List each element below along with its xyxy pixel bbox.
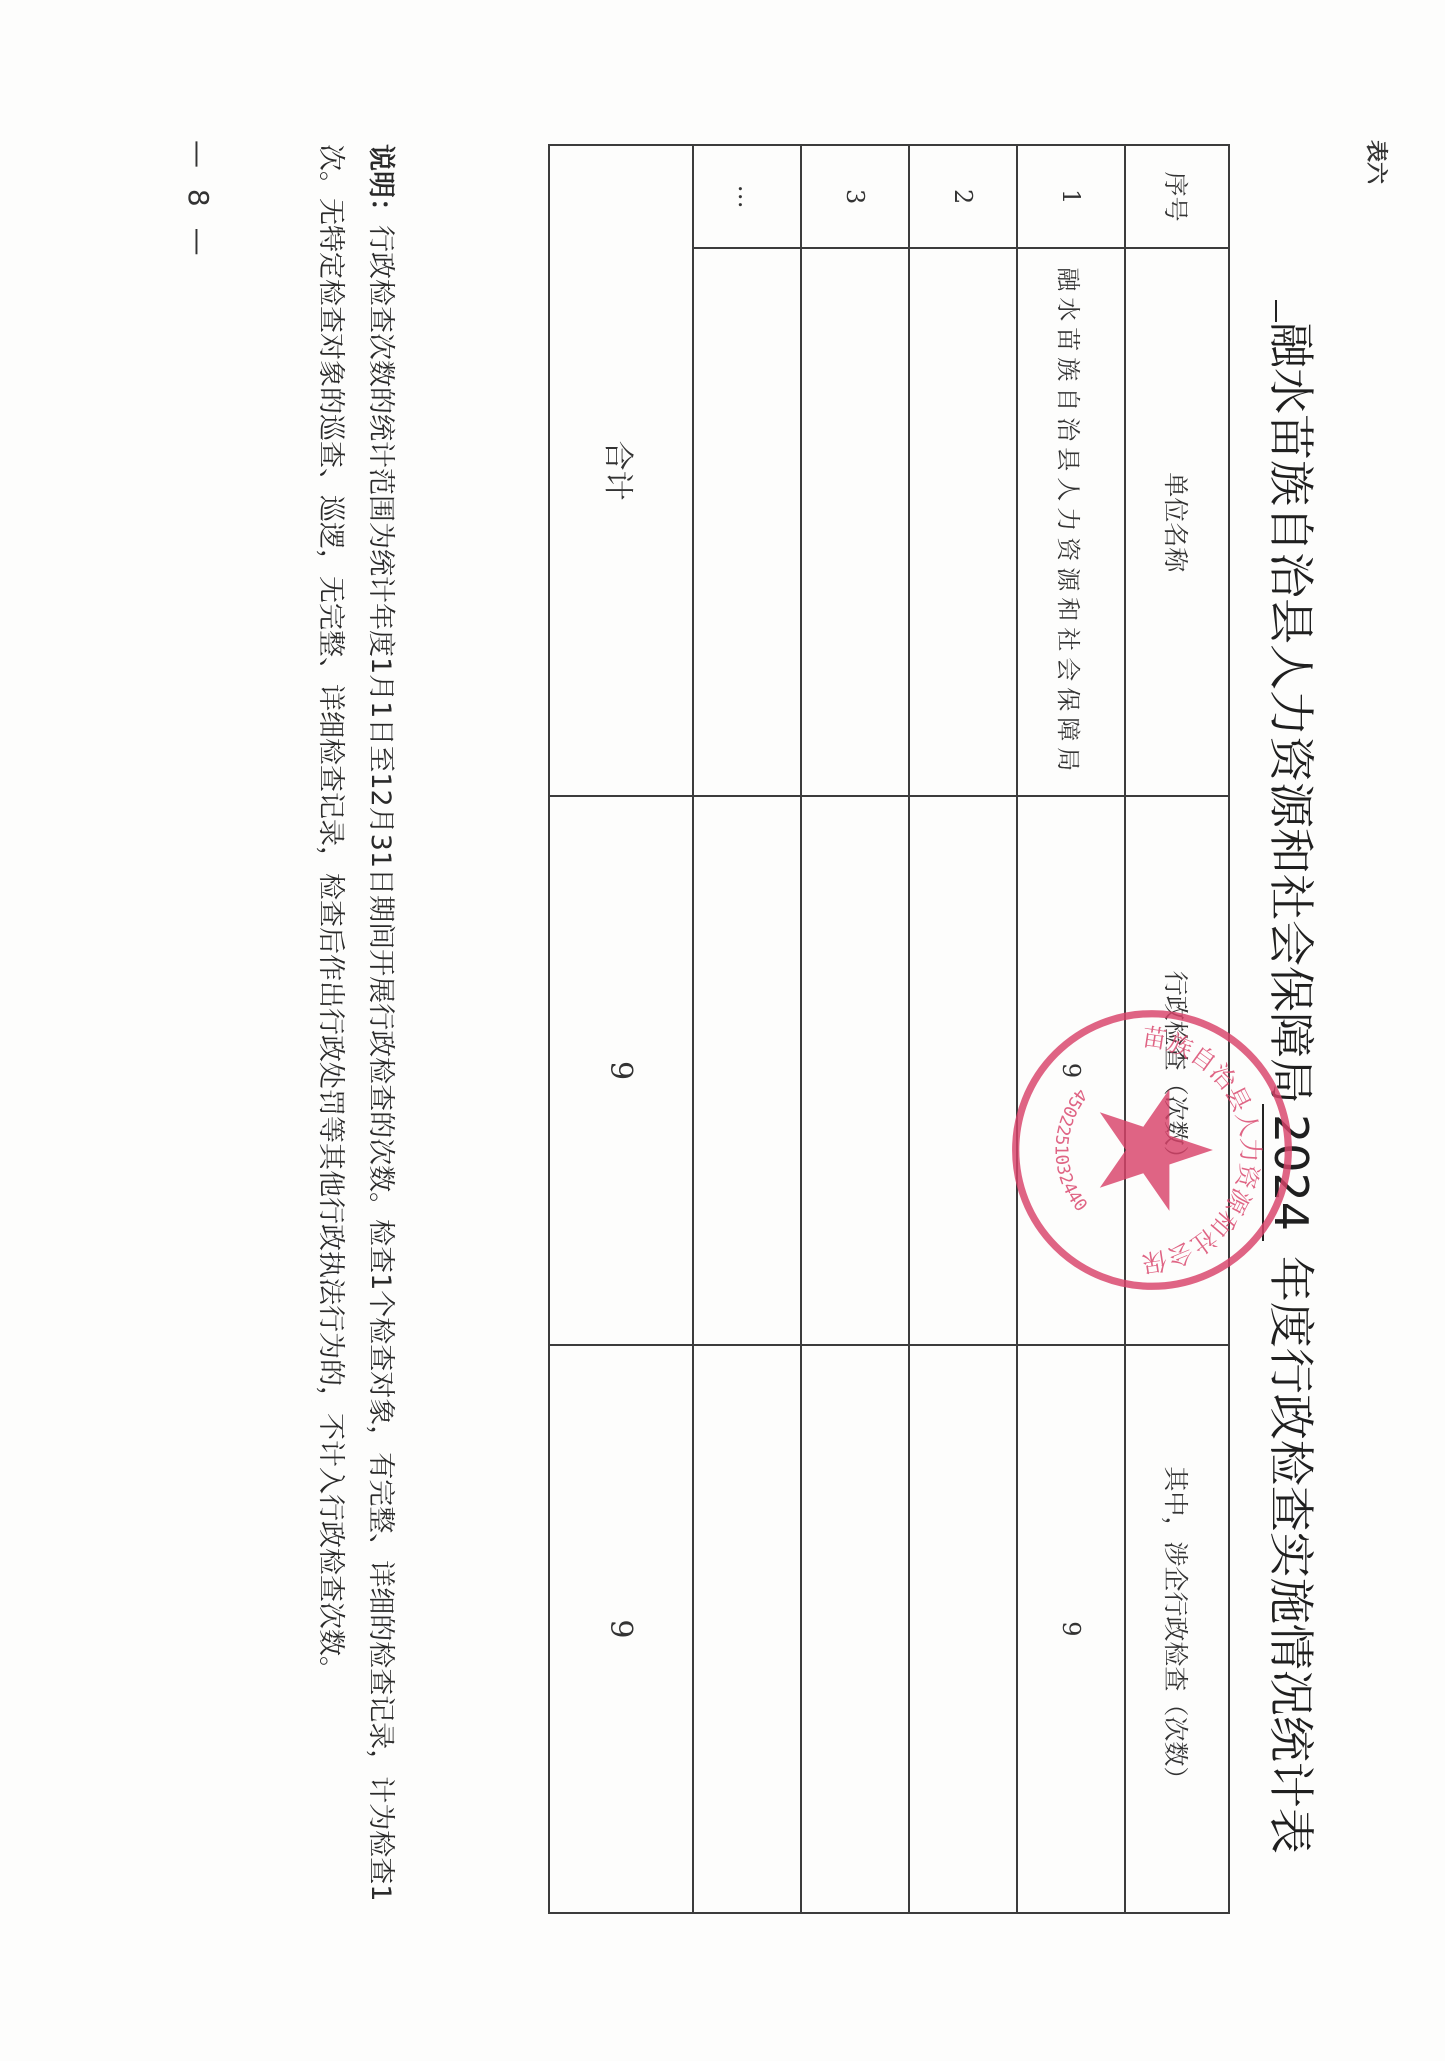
table-number: 表六 xyxy=(1362,140,1393,184)
seal-code: 4502251032440 xyxy=(1051,1084,1091,1216)
table-row: … xyxy=(693,145,801,1913)
header-enterprise-inspections: 其中，涉企行政检查（次数） xyxy=(1125,1345,1229,1913)
total-inspections: 9 xyxy=(549,796,693,1344)
cell-enterprise-inspections: 9 xyxy=(1017,1345,1125,1913)
header-unit-name: 单位名称 xyxy=(1125,248,1229,796)
table-total-row: 合计 9 9 xyxy=(549,145,693,1913)
cell-unit-name xyxy=(693,248,801,796)
title-org: 融水苗族自治县人力资源和社会保障局 xyxy=(1264,322,1318,1104)
document-page: 表六 融水苗族自治县人力资源和社会保障局2024 年度行政检查实施情况统计表 序… xyxy=(0,0,1445,2061)
cell-unit-name xyxy=(909,248,1017,796)
notes-text: 行政检查次数的统计范围为统计年度1月1日至12月31日期间开展行政检查的次数。检… xyxy=(315,144,396,1901)
cell-inspections xyxy=(909,796,1017,1344)
cell-serial-no: 1 xyxy=(1017,145,1125,248)
cell-unit-name xyxy=(801,248,909,796)
cell-enterprise-inspections xyxy=(801,1345,909,1913)
cell-unit-name: 融水苗族自治县人力资源和社会保障局 xyxy=(1017,248,1125,796)
title-suffix: 年度行政检查实施情况统计表 xyxy=(1264,1256,1318,1854)
notes-section: 说明：行政检查次数的统计范围为统计年度1月1日至12月31日期间开展行政检查的次… xyxy=(305,144,405,1924)
official-seal-icon: 融水苗族自治县人力资源和社会保障局 4502251032440 xyxy=(1007,1005,1297,1295)
total-enterprise-inspections: 9 xyxy=(549,1345,693,1913)
cell-inspections xyxy=(801,796,909,1344)
cell-enterprise-inspections xyxy=(693,1345,801,1913)
cell-serial-no: 3 xyxy=(801,145,909,248)
notes-label: 说明： xyxy=(365,144,396,225)
title-underline xyxy=(1275,300,1277,322)
table-row: 2 xyxy=(909,145,1017,1913)
total-label: 合计 xyxy=(549,145,693,796)
header-serial-no: 序号 xyxy=(1125,145,1229,248)
cell-serial-no: 2 xyxy=(909,145,1017,248)
cell-serial-no: … xyxy=(693,145,801,248)
table-row: 3 xyxy=(801,145,909,1913)
page-number: — 8 — xyxy=(182,140,215,262)
cell-enterprise-inspections xyxy=(909,1345,1017,1913)
cell-inspections xyxy=(693,796,801,1344)
